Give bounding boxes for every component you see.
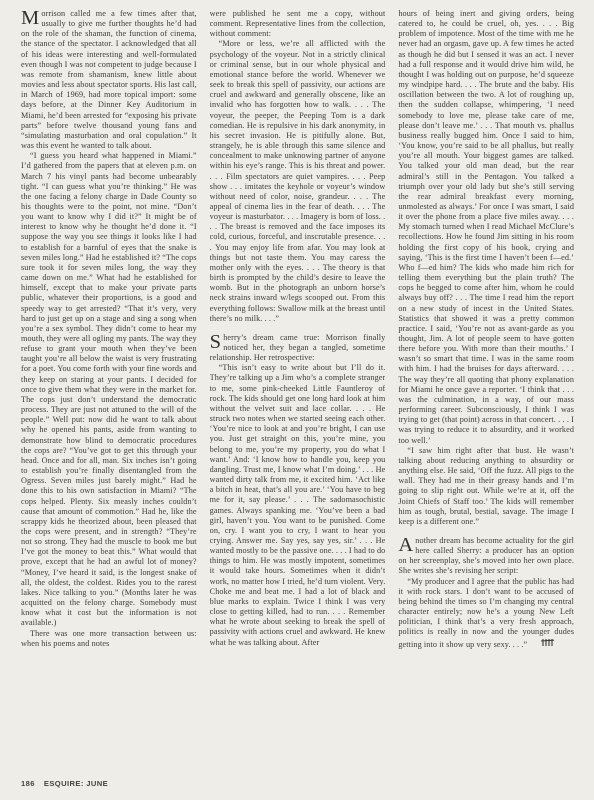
paragraph-section-start: Sherry’s dream came true: Morrison final… [210, 333, 386, 363]
paragraph-section-start: Another dream has become actuality for t… [398, 536, 574, 577]
column-1: Morrison called me a few times after tha… [21, 9, 197, 769]
dropcap-a: A [398, 536, 415, 553]
paragraph: “I guess you heard what happened in Miam… [21, 151, 197, 628]
publication-name: ESQUIRE: JUNE [44, 779, 108, 788]
paragraph-continuation: were published he sent me a copy, withou… [210, 9, 386, 39]
paragraph-text: “I saw him right after that bust. He was… [398, 446, 574, 526]
dropcap-s: S [210, 333, 224, 350]
paragraph-text: orrison called me a few times after that… [21, 9, 197, 150]
paragraph-text: hours of being inert and giving orders, … [398, 9, 574, 445]
paragraph-continuation: hours of being inert and giving orders, … [398, 9, 574, 446]
paragraph: “My producer and I agree that the public… [398, 577, 574, 650]
page-footer: 186 ESQUIRE: JUNE [21, 779, 108, 788]
paragraph: “I saw him right after that bust. He was… [398, 446, 574, 527]
page-number: 186 [21, 779, 35, 788]
column-3: hours of being inert and giving orders, … [398, 9, 574, 769]
magazine-page: Morrison called me a few times after tha… [0, 0, 594, 800]
paragraph-text: nother dream has become actuality for th… [398, 536, 574, 575]
article-body: Morrison called me a few times after tha… [21, 9, 574, 769]
paragraph-text: were published he sent me a copy, withou… [210, 9, 386, 38]
tally-end-mark-icon [532, 638, 554, 650]
paragraph: “More or less, we’re all afflicted with … [210, 39, 386, 323]
paragraph-text: herry’s dream came true: Morrison finall… [210, 333, 386, 362]
column-2: were published he sent me a copy, withou… [210, 9, 386, 769]
paragraph-text: “This isn’t easy to write about but I’ll… [210, 363, 386, 646]
paragraph: Morrison called me a few times after tha… [21, 9, 197, 151]
paragraph-text: “More or less, we’re all afflicted with … [210, 39, 386, 322]
paragraph-text: There was one more transaction between u… [21, 629, 197, 648]
paragraph: “This isn’t easy to write about but I’ll… [210, 363, 386, 647]
paragraph-text: “I guess you heard what happened in Miam… [21, 151, 197, 627]
paragraph: There was one more transaction between u… [21, 629, 197, 649]
dropcap-m: M [21, 9, 41, 26]
